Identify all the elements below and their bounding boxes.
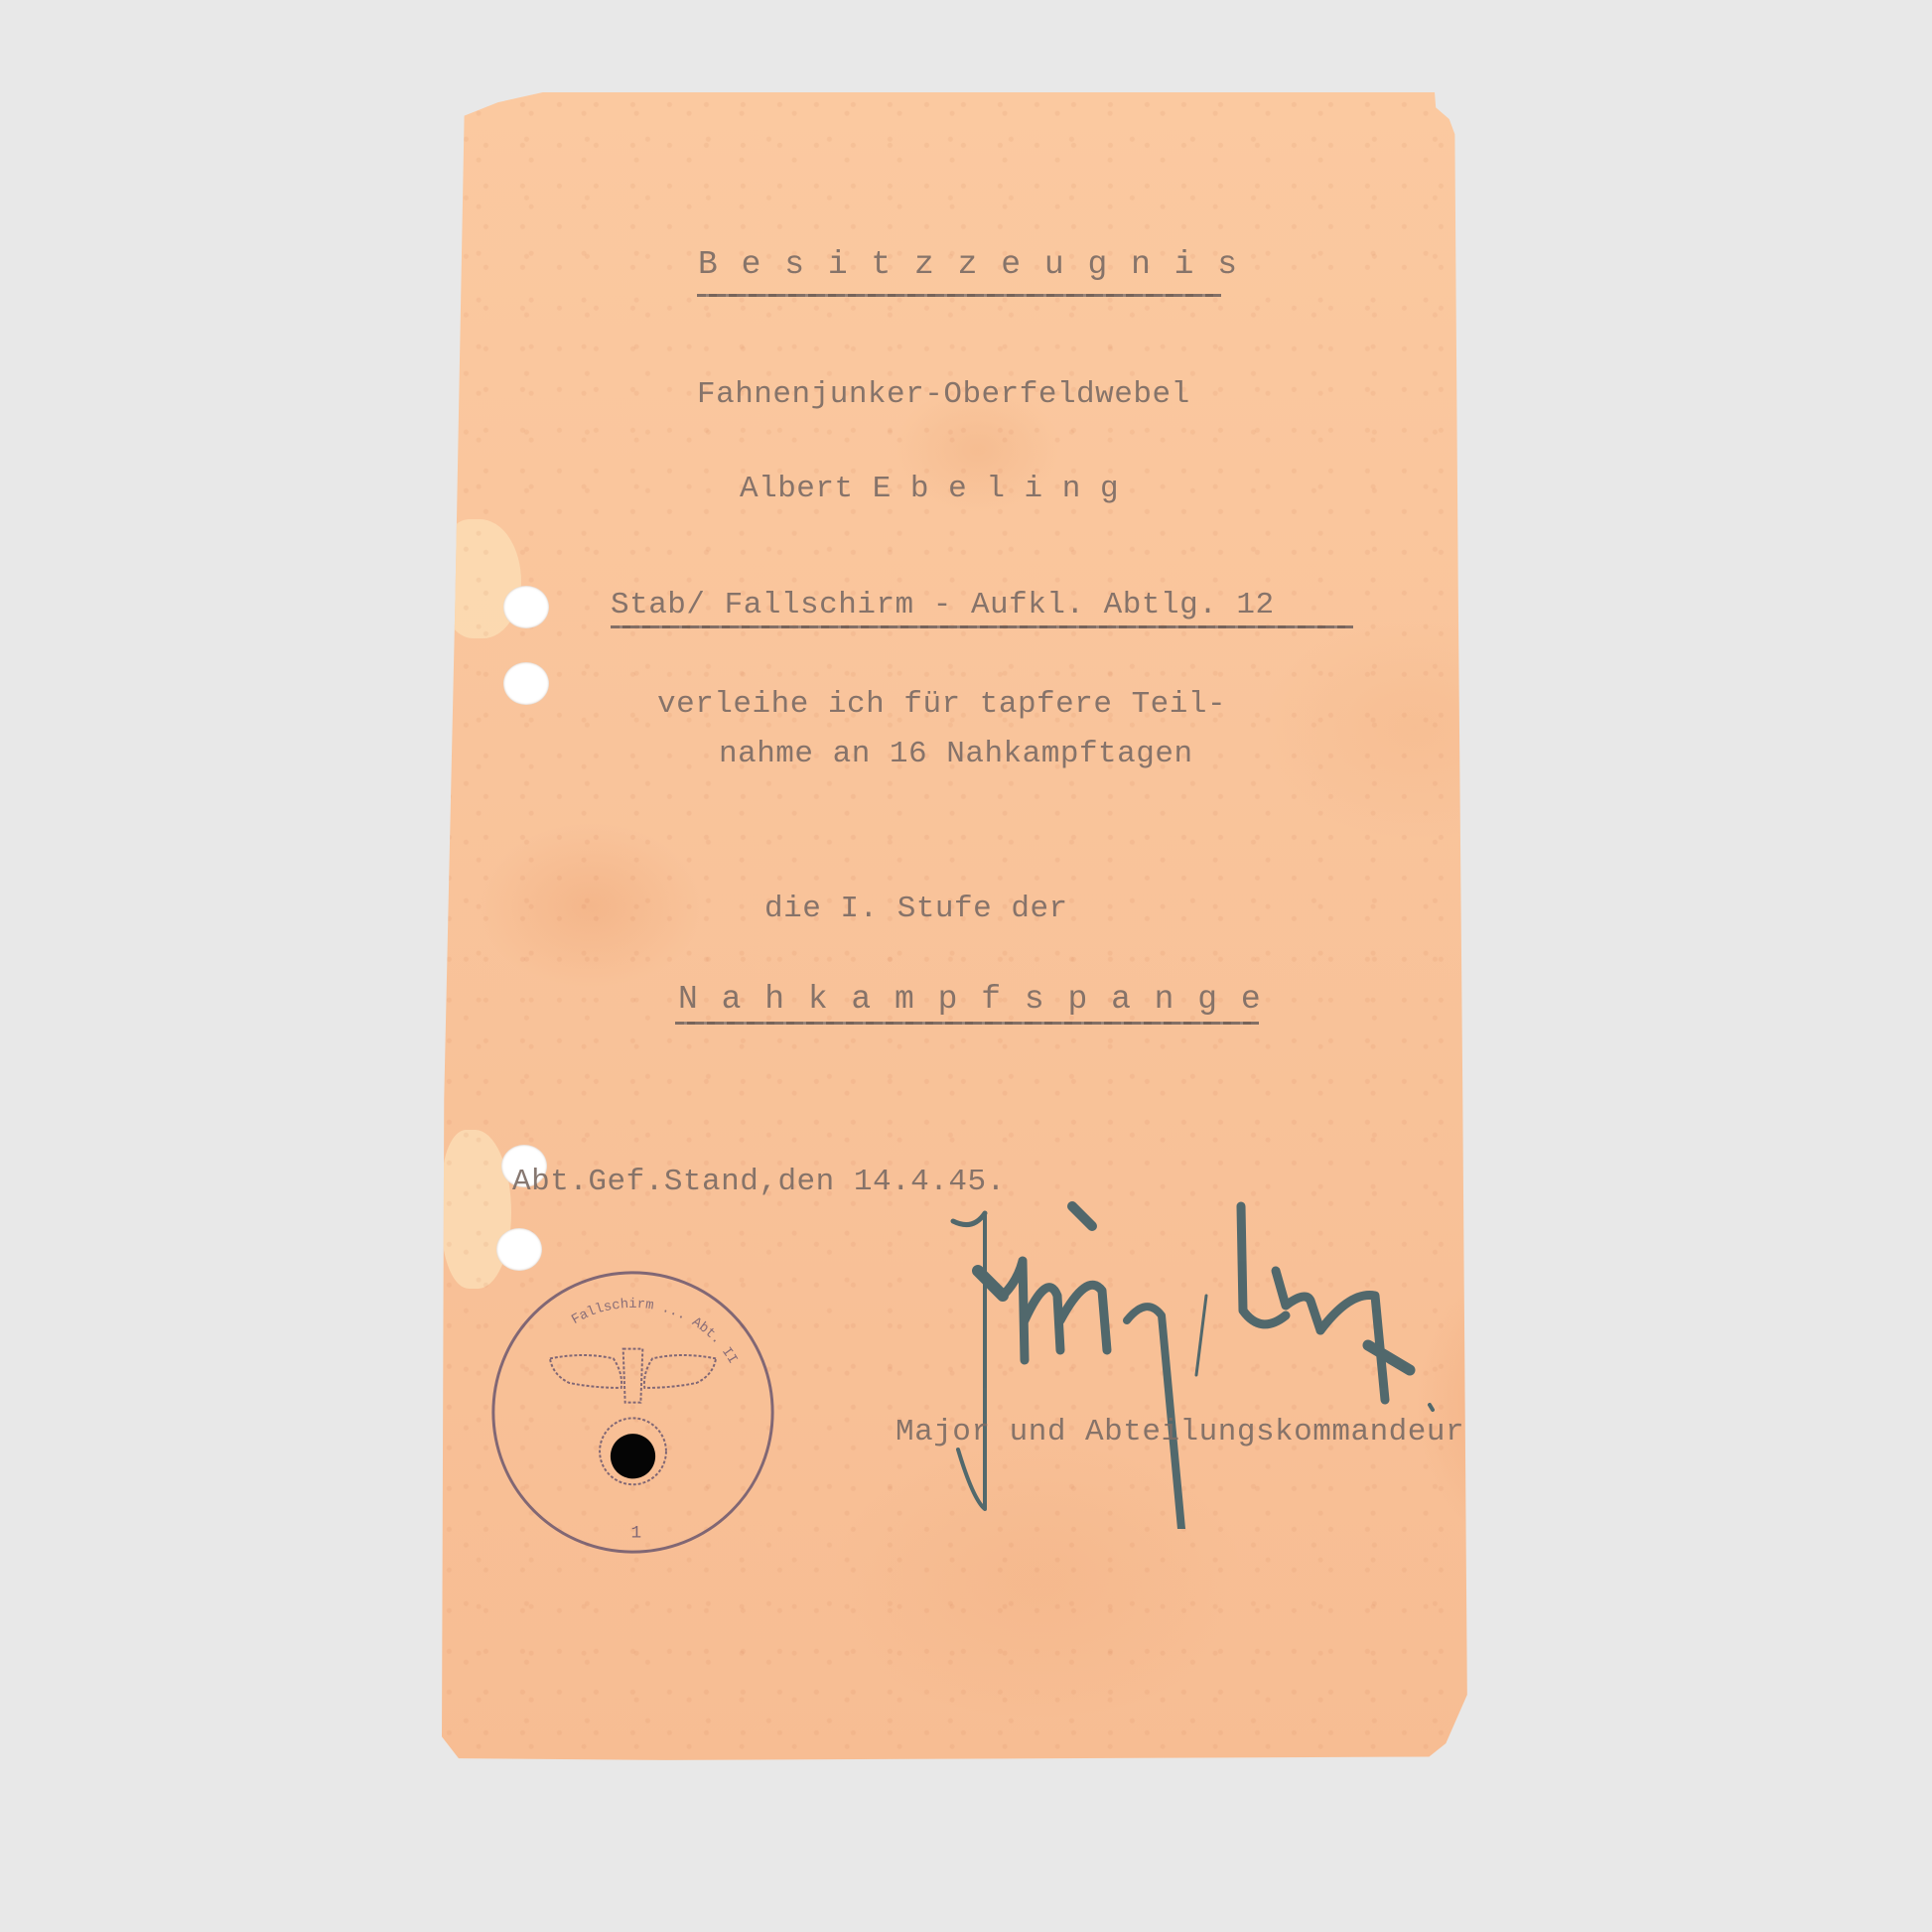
punch-hole	[496, 1228, 542, 1271]
document-title: B e s i t z z e u g n i s	[698, 246, 1239, 283]
water-stain	[442, 1130, 511, 1289]
body-line-2: nahme an 16 Nahkampftagen	[719, 737, 1193, 771]
signatory-title: Major und Abteilungskommandeur	[896, 1415, 1464, 1449]
black-dot	[611, 1434, 655, 1478]
place-date: Abt.Gef.Stand,den 14.4.45.	[512, 1165, 1006, 1199]
unit-underline	[611, 625, 1353, 628]
recipient-name: Albert E b e l i n g	[740, 472, 1119, 506]
unit-text: Stab/ Fallschirm - Aufkl. Abtlg. 12	[611, 588, 1275, 622]
body-line-1: verleihe ich für tapfere Teil-	[657, 687, 1226, 722]
punch-hole	[503, 662, 549, 705]
award-name: N a h k a m p f s p a n g e	[678, 981, 1263, 1018]
rank-text: Fahnenjunker-Oberfeldwebel	[697, 377, 1190, 412]
official-stamp: Fallschirm ... Abt. II 1	[486, 1266, 779, 1559]
award-prefix: die I. Stufe der	[764, 892, 1068, 926]
award-underline	[675, 1022, 1259, 1025]
handwritten-signature	[933, 1201, 1489, 1529]
title-underline	[697, 294, 1221, 297]
punch-hole	[503, 586, 549, 628]
svg-text:1: 1	[631, 1523, 642, 1543]
